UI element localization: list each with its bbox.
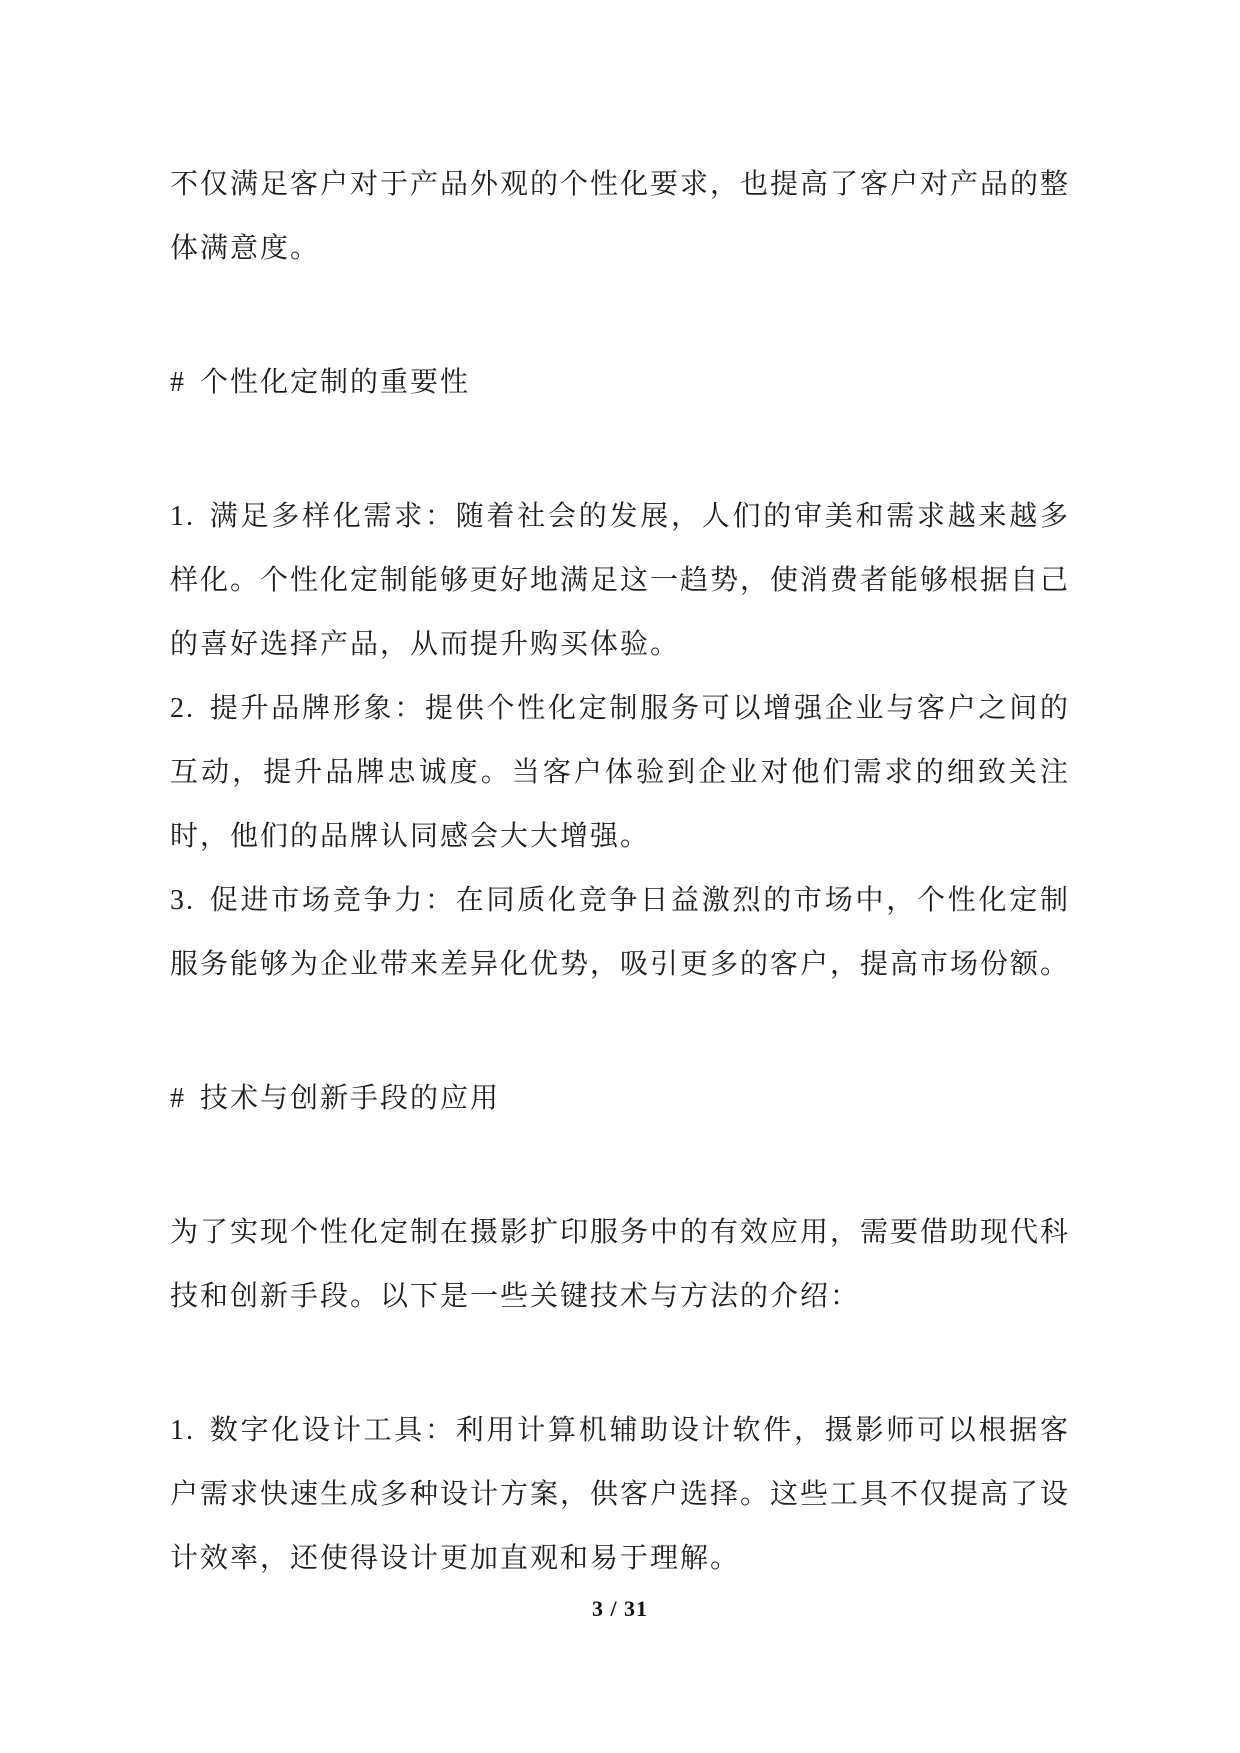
list-item-number: 1. <box>170 1415 209 1446</box>
page-number: 3 / 31 <box>592 1596 648 1621</box>
list-item-text: 满足多样化需求：随着社会的发展，人们的审美和需求越来越多样化。个性化定制能够更好… <box>170 501 1070 660</box>
list-item-number: 3. <box>170 885 209 916</box>
document-page: 不仅满足客户对于产品外观的个性化要求，也提高了客户对产品的整体满意度。 #个性化… <box>0 0 1240 1753</box>
paragraph-text: 不仅满足客户对于产品外观的个性化要求，也提高了客户对产品的整体满意度。 <box>170 169 1070 264</box>
body-paragraph: 不仅满足客户对于产品外观的个性化要求，也提高了客户对产品的整体满意度。 <box>170 153 1070 281</box>
section-heading: #个性化定制的重要性 <box>170 351 1070 415</box>
list-item-number: 1. <box>170 501 209 532</box>
paragraph-text: 为了实现个性化定制在摄影扩印服务中的有效应用，需要借助现代科技和创新手段。以下是… <box>170 1217 1070 1312</box>
page-footer: 3 / 31 <box>0 1596 1240 1622</box>
list-item-number: 2. <box>170 693 209 724</box>
list-item: 1.数字化设计工具：利用计算机辅助设计软件，摄影师可以根据客户需求快速生成多种设… <box>170 1399 1070 1591</box>
heading-marker: # <box>170 367 200 398</box>
list-item: 2.提升品牌形象：提供个性化定制服务可以增强企业与客户之间的互动，提升品牌忠诚度… <box>170 677 1070 869</box>
heading-marker: # <box>170 1083 200 1114</box>
list-item-text: 促进市场竞争力：在同质化竞争日益激烈的市场中，个性化定制服务能够为企业带来差异化… <box>170 885 1070 980</box>
body-paragraph: 为了实现个性化定制在摄影扩印服务中的有效应用，需要借助现代科技和创新手段。以下是… <box>170 1201 1070 1329</box>
document-body: 不仅满足客户对于产品外观的个性化要求，也提高了客户对产品的整体满意度。 #个性化… <box>170 153 1070 1661</box>
list-item-text: 数字化设计工具：利用计算机辅助设计软件，摄影师可以根据客户需求快速生成多种设计方… <box>170 1415 1070 1574</box>
list-item-text: 提升品牌形象：提供个性化定制服务可以增强企业与客户之间的互动，提升品牌忠诚度。当… <box>170 693 1070 852</box>
list-item: 1.满足多样化需求：随着社会的发展，人们的审美和需求越来越多样化。个性化定制能够… <box>170 485 1070 677</box>
heading-text: 技术与创新手段的应用 <box>200 1083 500 1114</box>
section-heading: #技术与创新手段的应用 <box>170 1067 1070 1131</box>
list-item: 3.促进市场竞争力：在同质化竞争日益激烈的市场中，个性化定制服务能够为企业带来差… <box>170 869 1070 997</box>
heading-text: 个性化定制的重要性 <box>200 367 470 398</box>
